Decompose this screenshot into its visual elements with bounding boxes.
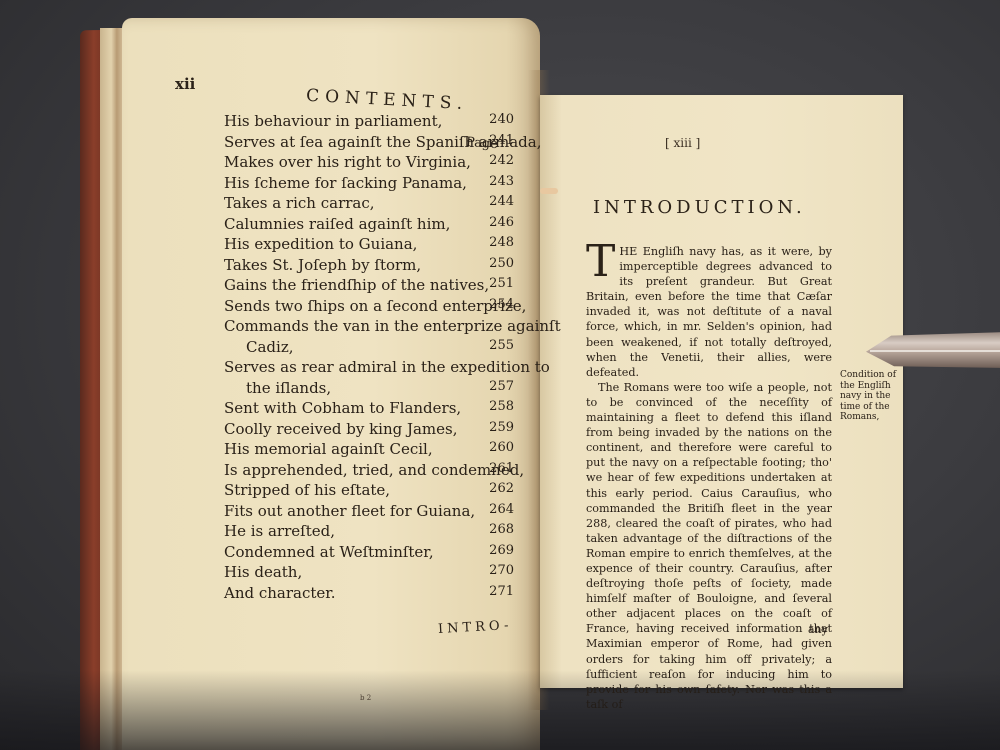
contents-entry: Makes over his right to Virginia,242 — [224, 153, 524, 174]
contents-entry: the iſlands,257 — [224, 379, 524, 400]
contents-entry: Fits out another fleet for Guiana,264 — [224, 502, 524, 523]
contents-entry: Sent with Cobham to Flanders,258 — [224, 399, 524, 420]
contents-entry: Is apprehended, tried, and condemned,261 — [224, 461, 524, 482]
contents-entry: Serves at ſea againſt the Spaniſh armada… — [224, 133, 524, 154]
contents-entry: Sends two ſhips on a ſecond enterprize,2… — [224, 297, 524, 318]
contents-entry: Takes a rich carrac,244 — [224, 194, 524, 215]
contents-list: His behaviour in parliament,240 Serves a… — [224, 112, 524, 604]
shadow-bottom — [0, 670, 1000, 750]
contents-entry: Condemned at Weſtminſter,269 — [224, 543, 524, 564]
drop-cap: T — [586, 244, 615, 280]
knife-blade-highlight — [870, 350, 1000, 352]
right-catchword: any — [808, 623, 828, 636]
paragraph-1: THE Engliſh navy has, as it were, by imp… — [586, 244, 832, 380]
contents-entry: His expedition to Guiana,248 — [224, 235, 524, 256]
margin-note: Condition of the Engliſh navy in the tim… — [840, 370, 900, 423]
contents-entry: Gains the friendſhip of the natives,251 — [224, 276, 524, 297]
contents-entry: Commands the van in the enterprize again… — [224, 317, 524, 338]
contents-entry: Serves as rear admiral in the expedition… — [224, 358, 524, 379]
left-page-number: xii — [175, 75, 195, 93]
contents-entry: Cadiz,255 — [224, 338, 524, 359]
binding-thread — [540, 188, 558, 194]
contents-entry: And character.271 — [224, 584, 524, 605]
contents-entry: His death,270 — [224, 563, 524, 584]
contents-entry: His ſcheme for ſacking Panama,243 — [224, 174, 524, 195]
contents-entry: His behaviour in parliament,240 — [224, 112, 524, 133]
contents-entry: He is arreſted,268 — [224, 522, 524, 543]
paragraph-2: The Romans were too wiſe a people, not t… — [586, 380, 832, 712]
introduction-title: INTRODUCTION. — [593, 197, 806, 218]
right-page-number: [ xiii ] — [665, 136, 700, 150]
contents-entry: Coolly received by king James,259 — [224, 420, 524, 441]
introduction-body: THE Engliſh navy has, as it were, by imp… — [586, 244, 832, 712]
contents-entry: Stripped of his eſtate,262 — [224, 481, 524, 502]
contents-entry: Calumnies raiſed againſt him,246 — [224, 215, 524, 236]
contents-entry: His memorial againſt Cecil,260 — [224, 440, 524, 461]
contents-entry: Takes St. Joſeph by ſtorm,250 — [224, 256, 524, 277]
